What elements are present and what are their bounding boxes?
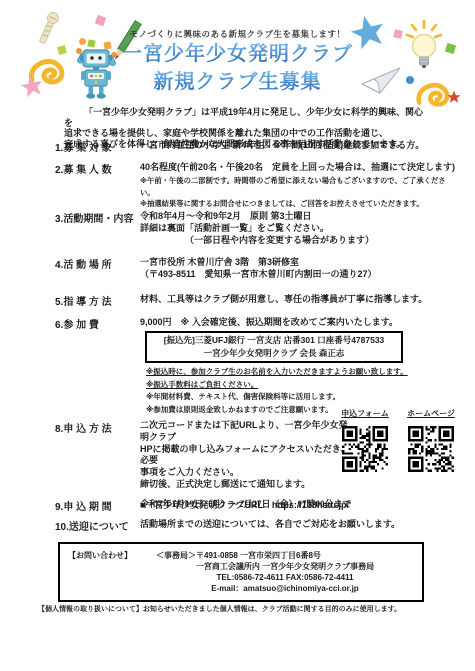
section-note: ※午前・午後の二部制です。時間帯のご希望に添えない場合もございますので、ご了承く… — [140, 175, 457, 198]
section-text: 事項をご入力ください。 — [140, 467, 352, 479]
section-text: 9,000円 ※ 入会確定後、振込期間を改めてご案内いたします。 — [140, 316, 457, 328]
contact-tel-fax: TEL:0586-72-4611 FAX:0586-72-4411 — [156, 572, 414, 583]
qr-label-application-form: 申込フォーム — [338, 408, 392, 419]
payment-note: ※年間材料費、テキスト代、傷害保険料等に活用します。 — [146, 391, 408, 404]
section-text: 材料、工具等はクラブ側が用意し、専任の指導員が丁寧に指導します。 — [140, 293, 457, 305]
bank-transfer-line: [振込先]三菱UFJ銀行 一宮支店 店番301 口座番号4787533 — [149, 334, 399, 347]
section-text: （〒493-8511 愛知県一宮市木曽川町内割田一の通り27） — [140, 268, 457, 280]
section-label: 9.申 込 期 間 — [55, 498, 140, 513]
confetti-pink-square — [95, 15, 107, 27]
section-activity-place: 4.活 動 場 所 一宮市役所 木曽川庁舎 3階 第3研修室 （〒493-851… — [55, 256, 457, 280]
bank-transfer-line: 一宮少年少女発明クラブ 会長 森正志 — [149, 347, 399, 360]
section-application-period: 9.申 込 期 間 令和7年1月19日（月）～2月27日（金）17時00分まで — [55, 498, 457, 513]
contact-title: 【お問い合わせ】 — [68, 550, 156, 594]
bank-transfer-box: [振込先]三菱UFJ銀行 一宮支店 店番301 口座番号4787533 一宮少年… — [145, 331, 403, 363]
section-activity-period: 3.活動期間・内容 令和8年4月～令和9年2月 原則 第3土曜日 詳細は裏面「活… — [55, 210, 457, 246]
section-text: 詳細は裏面「活動計画一覧」をご覧ください。 — [140, 222, 457, 234]
payment-note: ※振込手数料はご負担ください。 — [146, 379, 408, 392]
section-label: 1.募 集 対 象 — [55, 139, 140, 154]
section-text: 一宮市内在住の小学生 新4年生 ※年間(10回程度)継続参加できる方。 — [140, 139, 457, 151]
section-label: 5.指 導 方 法 — [55, 293, 140, 308]
intro-line: 追求できる場を提供し、家庭や学校関係を離れた集団の中での工作活動を通じ、 — [64, 128, 424, 139]
section-recruit-number: 2.募 集 人 数 40名程度(午前20名・午後20名 定員を上回った場合は、抽… — [55, 161, 457, 210]
section-label: 3.活動期間・内容 — [55, 210, 140, 246]
flyer-page: モノづくりに興味のある新規クラブ生を募集します！ 一宮少年少女発明クラブ 新規ク… — [0, 0, 475, 671]
header-tagline: モノづくりに興味のある新規クラブ生を募集します！ — [0, 28, 475, 40]
section-text: 令和7年1月19日（月）～2月27日（金）17時00分まで — [140, 498, 457, 510]
section-label: 6.参 加 費 — [55, 316, 140, 331]
section-fee: 6.参 加 費 9,000円 ※ 入会確定後、振込期間を改めてご案内いたします。 — [55, 316, 457, 331]
section-text: HPに掲載の申し込みフォームにアクセスいただき、必要 — [140, 444, 352, 468]
contact-address: ＜事務局＞〒491-0858 一宮市栄四丁目6番8号 — [156, 550, 414, 561]
intro-line: 「一宮少年少女発明クラブ」は平成19年4月に発足し、少年少女に科学的興味、関心を — [64, 107, 424, 128]
section-text: 活動場所までの送迎については、各自でご対応をお願いします。 — [140, 518, 457, 530]
section-text: 締切後、正式決定し郵送にて通知します。 — [140, 479, 352, 491]
section-guidance: 5.指 導 方 法 材料、工具等はクラブ側が用意し、専任の指導員が丁寧に指導しま… — [55, 293, 457, 308]
section-text: （一部日程や内容を変更する場合があります） — [140, 234, 457, 246]
section-label: 2.募 集 人 数 — [55, 161, 140, 210]
section-text: 40名程度(午前20名・午後20名 定員を上回った場合は、抽選にて決定します) — [140, 161, 457, 173]
contact-email: E-mail：amatsuo@ichinomiya-cci.or.jp — [156, 583, 414, 594]
title-line-2: 新規クラブ生募集 — [154, 69, 322, 96]
section-note: ※抽選結果等に関するお問合せにつきましては、ご回答をお控えさせていただきます。 — [140, 198, 457, 210]
section-text: 二次元コードまたは下記URLより、一宮少年少女発明クラブ — [140, 420, 352, 444]
section-transport: 10.送迎について 活動場所までの送迎については、各自でご対応をお願いします。 — [55, 518, 457, 533]
page-title: 一宮少年少女発明クラブ 新規クラブ生募集 — [0, 41, 475, 97]
section-label: 10.送迎について — [55, 518, 140, 533]
payment-note: ※振込時に、参加クラブ生のお名前を入力いただきますようお願い致します。 — [146, 366, 408, 379]
section-text: 令和8年4月～令和9年2月 原則 第3土曜日 — [140, 210, 457, 222]
privacy-note: 【個人情報の取り扱いについて】お知らせいただきました個人情報は、クラブ活動に関す… — [38, 604, 401, 614]
section-label: 4.活 動 場 所 — [55, 256, 140, 280]
title-line-1: 一宮少年少女発明クラブ — [122, 41, 353, 68]
qr-label-homepage: ホームページ — [404, 408, 458, 419]
section-text: 一宮市役所 木曽川庁舎 3階 第3研修室 — [140, 256, 457, 268]
contact-box: 【お問い合わせ】 ＜事務局＞〒491-0858 一宮市栄四丁目6番8号 一宮商工… — [58, 542, 424, 602]
contact-office: 一宮商工会議所内 一宮少年少女発明クラブ事務局 — [156, 561, 414, 572]
section-recruit-target: 1.募 集 対 象 一宮市内在住の小学生 新4年生 ※年間(10回程度)継続参加… — [55, 139, 457, 154]
